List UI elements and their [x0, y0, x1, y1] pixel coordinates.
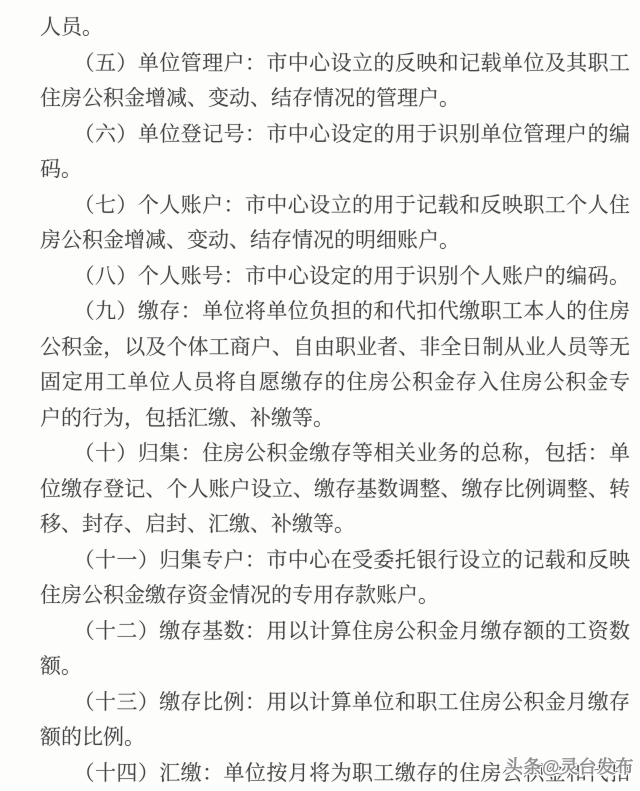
text-line: （八）个人账号：市中心设定的用于识别个人账户的编码。	[40, 259, 630, 295]
text-line: （十三）缴存比例：用以计算单位和职工住房公积金月缴存	[40, 685, 630, 721]
text-line: （六）单位登记号：市中心设定的用于识别单位管理户的编	[40, 117, 630, 153]
text-line: 额。	[40, 649, 630, 685]
text-line: 人员。	[40, 10, 630, 46]
document-lines: 人员。（五）单位管理户：市中心设立的反映和记载单位及其职工住房公积金增减、变动、…	[0, 0, 640, 791]
text-line: （五）单位管理户：市中心设立的反映和记载单位及其职工	[40, 46, 630, 82]
text-line: 固定用工单位人员将自愿缴存的住房公积金存入住房公积金专	[40, 365, 630, 401]
document-page: 人员。（五）单位管理户：市中心设立的反映和记载单位及其职工住房公积金增减、变动、…	[0, 0, 640, 791]
watermark-label: 头条@灵台发布	[505, 753, 634, 779]
text-line: （十）归集：住房公积金缴存等相关业务的总称，包括：单	[40, 436, 630, 472]
text-line: 住房公积金缴存资金情况的专用存款账户。	[40, 578, 630, 614]
text-line: 位缴存登记、个人账户设立、缴存基数调整、缴存比例调整、转	[40, 472, 630, 508]
text-line: 码。	[40, 152, 630, 188]
text-line: （七）个人账户：市中心设立的用于记载和反映职工个人住	[40, 188, 630, 224]
text-line: 公积金，以及个体工商户、自由职业者、非全日制从业人员等无	[40, 330, 630, 366]
text-line: 住房公积金增减、变动、结存情况的管理户。	[40, 81, 630, 117]
text-line: （十二）缴存基数：用以计算住房公积金月缴存额的工资数	[40, 614, 630, 650]
text-line: （十一）归集专户：市中心在受委托银行设立的记载和反映	[40, 543, 630, 579]
text-line: 户的行为，包括汇缴、补缴等。	[40, 401, 630, 437]
text-line: （九）缴存：单位将单位负担的和代扣代缴职工本人的住房	[40, 294, 630, 330]
text-line: 额的比例。	[40, 720, 630, 756]
text-line: 移、封存、启封、汇缴、补缴等。	[40, 507, 630, 543]
text-line: 房公积金增减、变动、结存情况的明细账户。	[40, 223, 630, 259]
